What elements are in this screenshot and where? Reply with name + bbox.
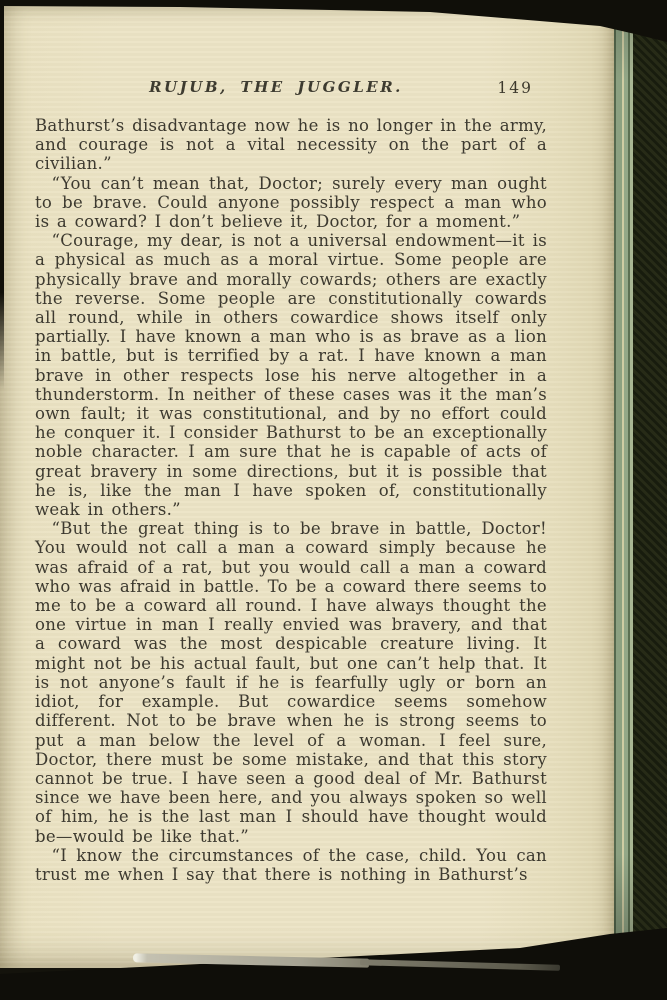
page-number: 149 — [497, 79, 533, 97]
paragraph-3: “Courage, my dear, is not a universal en… — [35, 231, 547, 519]
paragraph-5: “I know the circumstances of the case, c… — [35, 846, 547, 884]
paragraph-4: “But the great thing is to be brave in b… — [35, 519, 547, 845]
photo-dark-edge-left — [0, 0, 4, 390]
paragraph-1: Bathurst’s disadvantage now he is no lon… — [35, 116, 547, 174]
page-text: Bathurst’s disadvantage now he is no lon… — [35, 116, 547, 884]
scanned-book-photo: RUJUB, THE JUGGLER. 149 Bathurst’s disad… — [0, 0, 667, 1000]
running-title: RUJUB, THE JUGGLER. — [35, 78, 517, 96]
book-page: RUJUB, THE JUGGLER. 149 Bathurst’s disad… — [0, 6, 614, 968]
paragraph-2: “You can’t mean that, Doctor; surely eve… — [35, 174, 547, 232]
book-cover-edge — [633, 0, 667, 1000]
running-head: RUJUB, THE JUGGLER. 149 — [35, 78, 547, 100]
